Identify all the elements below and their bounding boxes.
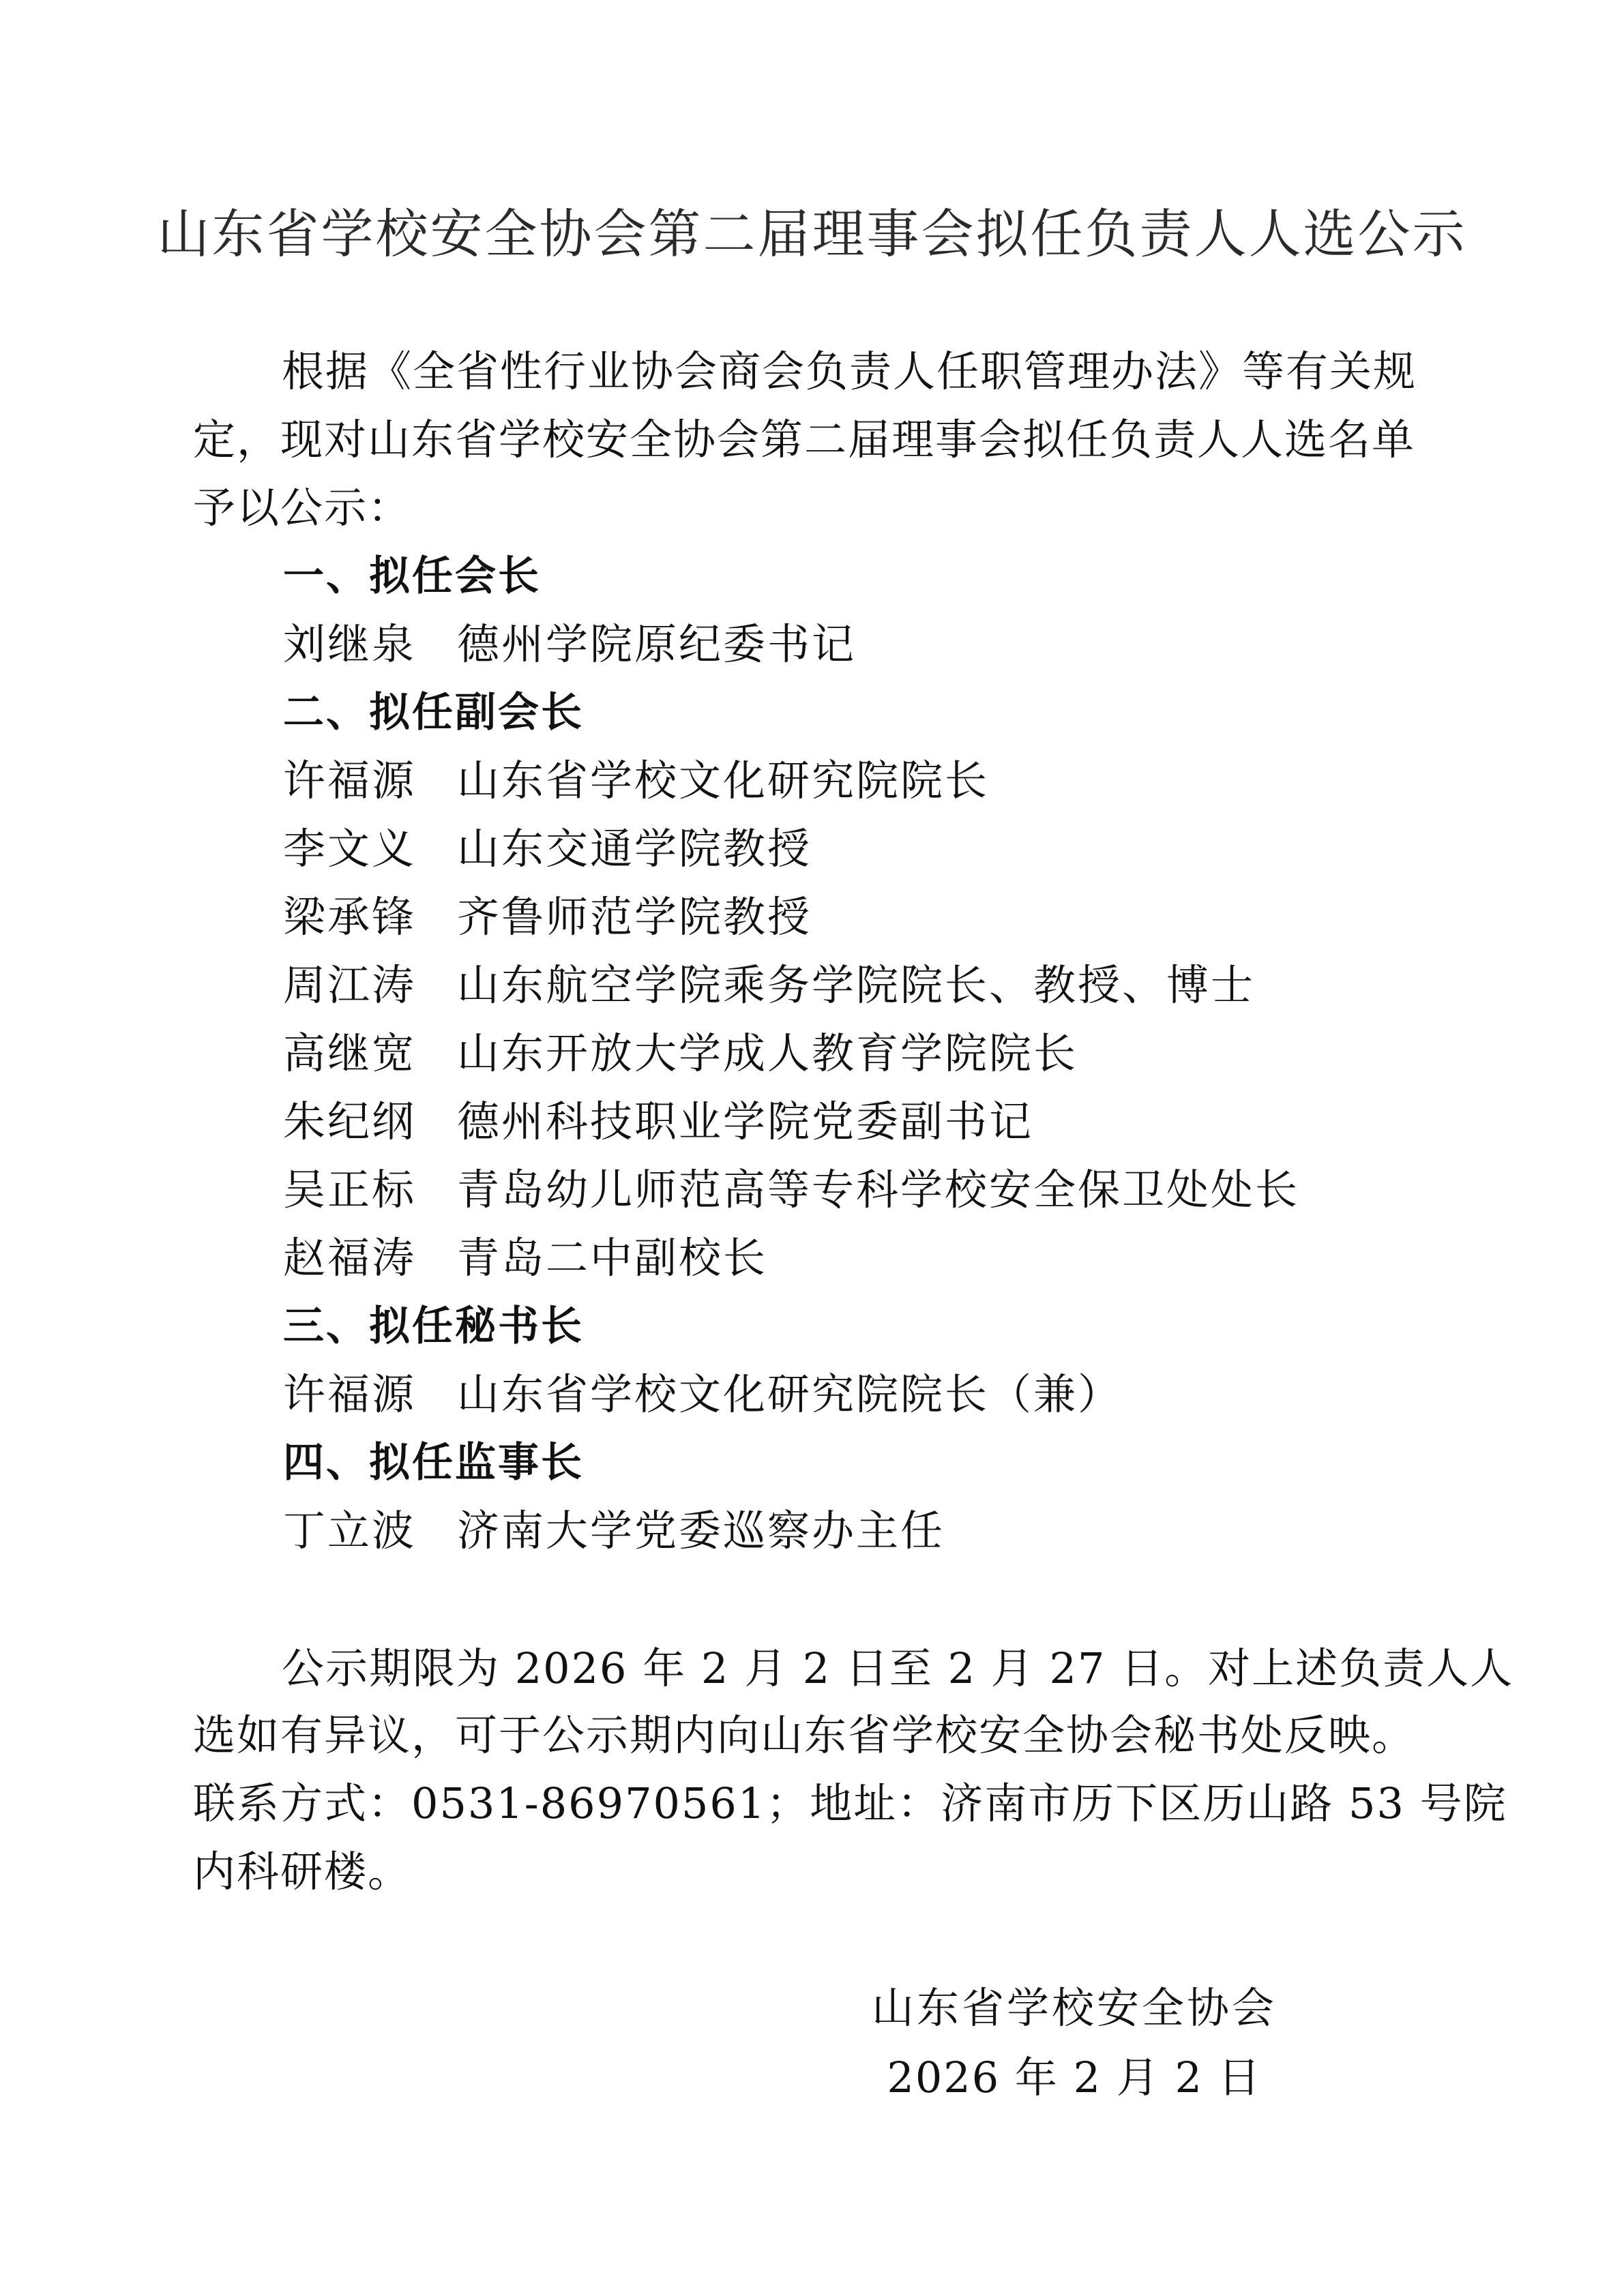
candidate-name: 吴正标 (283, 1156, 457, 1224)
candidate-row: 高继宽 山东开放大学成人教育学院院长 (283, 1019, 1078, 1088)
section-heading: 二、拟任副会长 (283, 679, 584, 747)
document-title: 山东省学校安全协会第二届理事会拟任负责人人选公示 (0, 201, 1624, 269)
candidate-row: 许福源 山东省学校文化研究院院长 (283, 747, 989, 815)
candidate-row: 许福源 山东省学校文化研究院院长（兼） (283, 1360, 1122, 1429)
candidate-row: 周江涛 山东航空学院乘务学院院长、教授、博士 (283, 951, 1255, 1019)
candidate-position: 济南大学党委巡察办主任 (457, 1497, 945, 1565)
candidate-row: 李文义 山东交通学院教授 (283, 815, 812, 883)
candidate-position: 山东省学校文化研究院院长（兼） (457, 1360, 1122, 1429)
candidate-position: 山东开放大学成人教育学院院长 (457, 1019, 1078, 1088)
candidate-row: 梁承锋 齐鲁师范学院教授 (283, 883, 812, 951)
closing-line: 内科研楼。 (193, 1838, 1414, 1906)
candidate-row: 吴正标 青岛幼儿师范高等专科学校安全保卫处处长 (283, 1156, 1299, 1224)
candidate-position: 德州科技职业学院党委副书记 (457, 1088, 1033, 1156)
section-heading: 四、拟任监事长 (283, 1429, 584, 1497)
candidate-name: 刘继泉 (283, 610, 457, 679)
candidate-position: 德州学院原纪委书记 (457, 610, 856, 679)
intro-line: 予以公示： (193, 474, 1414, 542)
candidate-position: 山东省学校文化研究院院长 (457, 747, 989, 815)
candidate-position: 山东航空学院乘务学院院长、教授、博士 (457, 951, 1255, 1019)
candidate-position: 青岛幼儿师范高等专科学校安全保卫处处长 (457, 1156, 1299, 1224)
section-heading: 三、拟任秘书长 (283, 1292, 584, 1360)
candidate-name: 周江涛 (283, 951, 457, 1019)
closing-line: 选如有异议，可于公示期内向山东省学校安全协会秘书处反映。 (193, 1701, 1414, 1770)
candidate-position: 齐鲁师范学院教授 (457, 883, 812, 951)
signature-date: 2026 年 2 月 2 日 (870, 2044, 1279, 2112)
candidate-name: 许福源 (283, 747, 457, 815)
candidate-name: 梁承锋 (283, 883, 457, 951)
closing-line: 联系方式：0531-86970561；地址：济南市历下区历山路 53 号院 (193, 1770, 1414, 1838)
candidate-name: 丁立波 (283, 1497, 457, 1565)
intro-line: 定，现对山东省学校安全协会第二届理事会拟任负责人人选名单 (193, 406, 1414, 474)
candidate-row: 丁立波 济南大学党委巡察办主任 (283, 1497, 945, 1565)
section-heading: 一、拟任会长 (283, 542, 541, 610)
candidate-row: 朱纪纲 德州科技职业学院党委副书记 (283, 1088, 1033, 1156)
candidate-row: 赵福涛 青岛二中副校长 (283, 1224, 767, 1292)
candidate-name: 李文义 (283, 815, 457, 883)
candidate-name: 朱纪纲 (283, 1088, 457, 1156)
candidate-position: 山东交通学院教授 (457, 815, 812, 883)
signature-organization: 山东省学校安全协会 (870, 1974, 1279, 2042)
closing-line: 公示期限为 2026 年 2 月 2 日至 2 月 27 日。对上述负责人人 (282, 1635, 1414, 1703)
candidate-name: 许福源 (283, 1360, 457, 1429)
candidate-name: 高继宽 (283, 1019, 457, 1088)
candidate-position: 青岛二中副校长 (457, 1224, 767, 1292)
intro-line: 根据《全省性行业协会商会负责人任职管理办法》等有关规 (282, 338, 1414, 406)
candidate-row: 刘继泉 德州学院原纪委书记 (283, 610, 856, 679)
candidate-name: 赵福涛 (283, 1224, 457, 1292)
